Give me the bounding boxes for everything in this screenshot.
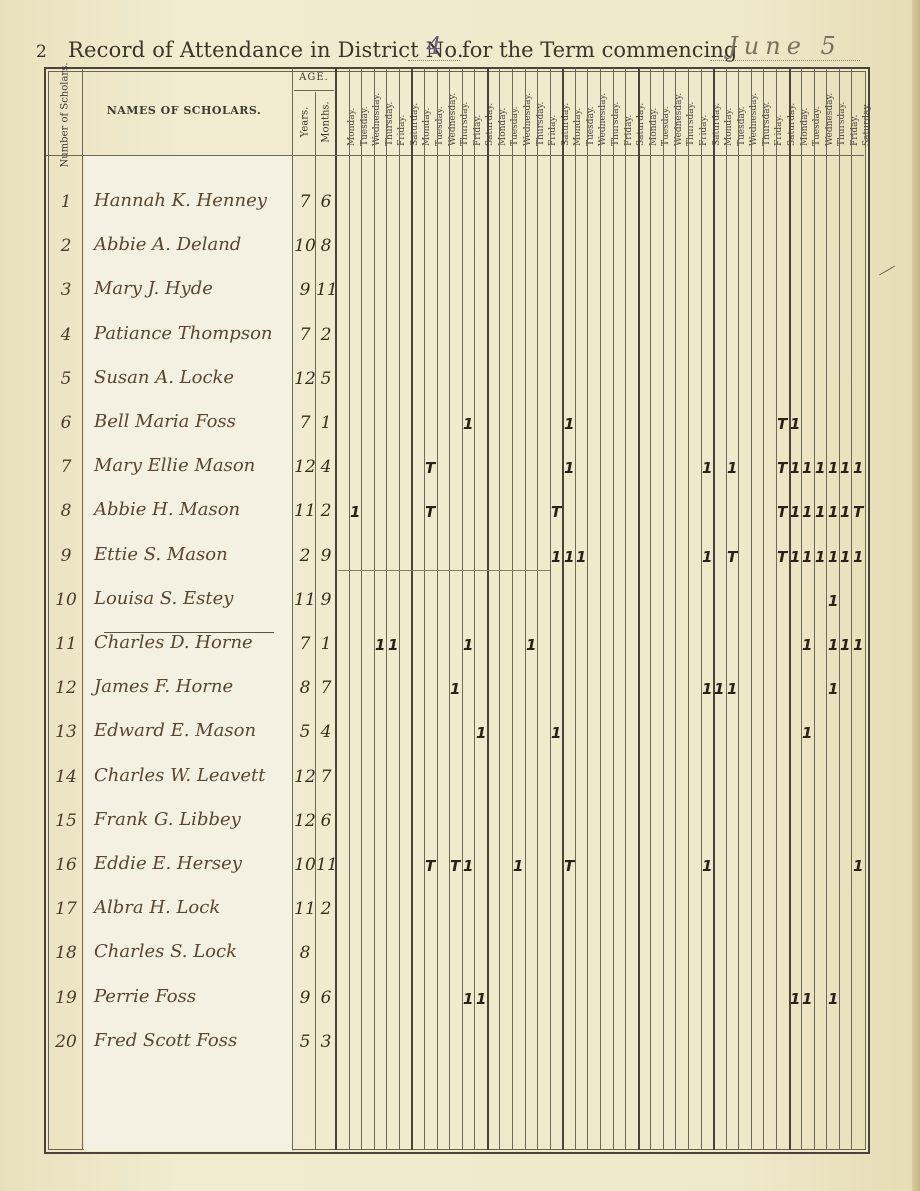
scholar-number: 19 [52, 988, 80, 1008]
day-column-divider [562, 68, 564, 1150]
attendance-mark: 1 [564, 548, 574, 566]
attendance-mark: 1 [790, 990, 800, 1008]
day-column-divider [424, 68, 425, 1150]
attendance-mark: 1 [815, 548, 825, 566]
age-years: 12 [294, 457, 316, 477]
attendance-mark: 1 [375, 636, 385, 654]
age-header: AGE. [294, 72, 334, 83]
day-column-divider [600, 68, 601, 1150]
age-months: 8 [316, 236, 336, 256]
attendance-mark: T [853, 503, 863, 521]
day-column-divider [437, 68, 438, 1150]
age-months: 4 [316, 457, 336, 477]
attendance-mark: 1 [727, 459, 737, 477]
scholar-name: Charles D. Horne [94, 632, 290, 653]
day-column-divider [751, 68, 752, 1150]
margin-tick [879, 266, 895, 276]
age-months: 5 [316, 369, 336, 389]
day-header: Monday. [713, 72, 726, 152]
day-header: Wednesday. [361, 72, 374, 152]
attendance-mark: 1 [815, 503, 825, 521]
day-column-divider [449, 68, 450, 1150]
day-header: Monday. [562, 72, 575, 152]
day-column-divider [650, 68, 651, 1150]
attendance-mark: 1 [815, 459, 825, 477]
age-months: 11 [316, 280, 336, 300]
age-years: 11 [294, 899, 316, 919]
scholar-name: Hannah K. Henney [94, 190, 290, 211]
scholar-name: James F. Horne [94, 676, 290, 697]
attendance-mark: 1 [551, 724, 561, 742]
attendance-mark: 1 [840, 636, 850, 654]
age-years: 5 [294, 1032, 316, 1052]
scholar-name: Edward E. Mason [94, 720, 290, 741]
attendance-mark: 1 [802, 548, 812, 566]
scholar-name: Abbie A. Deland [94, 234, 290, 255]
age-divider [294, 90, 334, 91]
age-years: 8 [294, 943, 316, 963]
attendance-mark: 1 [828, 459, 838, 477]
age-months: 7 [316, 678, 336, 698]
day-column-divider [462, 68, 463, 1150]
scholar-number: 7 [52, 457, 80, 477]
age-years: 5 [294, 722, 316, 742]
attendance-mark: T [777, 459, 787, 477]
scholar-name: Fred Scott Foss [94, 1030, 290, 1051]
attendance-mark: T [727, 548, 737, 566]
day-column-divider [763, 68, 764, 1150]
day-column-divider [499, 68, 500, 1150]
attendance-mark: 1 [802, 503, 812, 521]
attendance-mark: 1 [802, 990, 812, 1008]
day-column-divider [512, 68, 513, 1150]
scholar-number: 18 [52, 943, 80, 963]
scholar-name: Eddie E. Hersey [94, 853, 290, 874]
scholar-name: Mary Ellie Mason [94, 455, 290, 476]
day-header: Thursday. [600, 72, 613, 152]
day-header: Saturday. [625, 72, 638, 152]
scholar-number: 6 [52, 413, 80, 433]
age-months: 7 [316, 767, 336, 787]
scholar-number: 8 [52, 501, 80, 521]
day-header: Monday. [336, 72, 349, 152]
attendance-mark: T [450, 857, 460, 875]
scholar-number: 9 [52, 546, 80, 566]
attendance-mark: 1 [802, 636, 812, 654]
attendance-mark: T [425, 503, 435, 521]
day-header: Saturday. [474, 72, 487, 152]
day-column-divider [487, 68, 489, 1150]
attendance-mark: 1 [802, 459, 812, 477]
day-header: Wednesday. [512, 72, 525, 152]
scholar-name: Charles S. Lock [94, 941, 290, 962]
page-edge [912, 0, 920, 1191]
age-years: 12 [294, 369, 316, 389]
scholar-number: 2 [52, 236, 80, 256]
day-column-divider [814, 68, 815, 1150]
attendance-mark: 1 [828, 592, 838, 610]
attendance-mark: 1 [853, 857, 863, 875]
day-header: Thursday. [449, 72, 462, 152]
scholar-name: Abbie H. Mason [94, 499, 290, 520]
attendance-mark: 1 [450, 680, 460, 698]
attendance-mark: T [425, 459, 435, 477]
day-column-divider [525, 68, 526, 1150]
attendance-mark: 1 [702, 857, 712, 875]
age-months: 1 [316, 413, 336, 433]
age-years: 10 [294, 855, 316, 875]
attendance-mark: T [777, 415, 787, 433]
day-column-divider [411, 68, 413, 1150]
day-column-divider [688, 68, 689, 1150]
attendance-mark: 1 [702, 548, 712, 566]
attendance-mark: 1 [463, 415, 473, 433]
age-months: 4 [316, 722, 336, 742]
day-header: Tuesday. [499, 72, 512, 152]
title-suffix: for the Term commencing [462, 38, 737, 62]
scholar-name: Bell Maria Foss [94, 411, 290, 432]
day-column-divider [701, 68, 702, 1150]
age-years: 7 [294, 192, 316, 212]
age-years: 7 [294, 413, 316, 433]
scholar-number: 13 [52, 722, 80, 742]
age-months: 9 [316, 590, 336, 610]
age-months: 2 [316, 325, 336, 345]
age-months: 6 [316, 811, 336, 831]
day-header: Friday. [537, 72, 550, 152]
day-header: Tuesday. [424, 72, 437, 152]
day-header: Monday. [411, 72, 424, 152]
age-years: 7 [294, 325, 316, 345]
scholar-number: 16 [52, 855, 80, 875]
day-column-divider [361, 68, 362, 1150]
attendance-mark: 1 [714, 680, 724, 698]
day-column-divider [789, 68, 791, 1150]
day-column-divider [349, 68, 350, 1150]
age-years: 12 [294, 811, 316, 831]
number-of-scholars-header: Number of Scholars. [50, 75, 80, 155]
day-column-divider [587, 68, 588, 1150]
day-header: Saturday. [776, 72, 789, 152]
day-column-divider [613, 68, 614, 1150]
attendance-mark: 1 [476, 724, 486, 742]
attendance-mark: 1 [727, 680, 737, 698]
scholar-number: 4 [52, 325, 80, 345]
attendance-mark: T [777, 548, 787, 566]
day-header: Wednesday. [587, 72, 600, 152]
attendance-mark: 1 [388, 636, 398, 654]
name-underline [104, 632, 274, 633]
attendance-mark: 1 [576, 548, 586, 566]
age-months: 11 [316, 855, 336, 875]
attendance-mark: 1 [790, 459, 800, 477]
scholar-name: Patiance Thompson [94, 323, 290, 344]
scholar-number: 14 [52, 767, 80, 787]
age-months: 9 [316, 546, 336, 566]
age-years: 11 [294, 501, 316, 521]
scholar-name: Louisa S. Estey [94, 588, 290, 609]
attendance-mark: 1 [840, 503, 850, 521]
day-column-divider [625, 68, 626, 1150]
attendance-mark: 1 [551, 548, 561, 566]
scholar-number: 5 [52, 369, 80, 389]
attendance-mark: 1 [790, 503, 800, 521]
age-months: 6 [316, 988, 336, 1008]
age-years: 8 [294, 678, 316, 698]
age-months: 6 [316, 192, 336, 212]
day-column-divider [801, 68, 802, 1150]
attendance-mark: T [551, 503, 561, 521]
day-column-divider [550, 68, 551, 1150]
day-header: Thursday. [826, 72, 839, 152]
day-header: Tuesday. [650, 72, 663, 152]
attendance-mark: 1 [463, 990, 473, 1008]
months-header: Months. [316, 92, 336, 152]
age-years: 2 [294, 546, 316, 566]
day-header: Friday. [688, 72, 701, 152]
column-divider [82, 68, 83, 1150]
page-number: 2 [36, 42, 47, 62]
attendance-mark: 1 [828, 990, 838, 1008]
age-years: 9 [294, 280, 316, 300]
district-number-field: 4 [408, 32, 460, 61]
attendance-mark: 1 [513, 857, 523, 875]
scholar-number: 12 [52, 678, 80, 698]
day-header: Wednesday. [738, 72, 751, 152]
attendance-mark: T [564, 857, 574, 875]
day-header: Thursday. [675, 72, 688, 152]
attendance-mark: 1 [564, 459, 574, 477]
scholar-name: Frank G. Libbey [94, 809, 290, 830]
attendance-mark: 1 [463, 636, 473, 654]
scholar-number: 20 [52, 1032, 80, 1052]
day-column-divider [851, 68, 852, 1150]
day-column-divider [726, 68, 727, 1150]
scholar-name: Susan A. Locke [94, 367, 290, 388]
day-column-divider [663, 68, 664, 1150]
attendance-mark: 1 [853, 459, 863, 477]
attendance-mark: 1 [702, 680, 712, 698]
attendance-mark: 1 [853, 548, 863, 566]
age-years: 11 [294, 590, 316, 610]
attendance-mark: 1 [463, 857, 473, 875]
title-prefix: Record of Attendance in District No. [68, 38, 464, 62]
attendance-mark: 1 [790, 548, 800, 566]
attendance-mark: 1 [476, 990, 486, 1008]
term-start-field: June 5 [710, 32, 860, 61]
attendance-mark: 1 [350, 503, 360, 521]
attendance-mark: 1 [828, 503, 838, 521]
attendance-mark: 1 [790, 415, 800, 433]
day-column-divider [776, 68, 777, 1150]
day-column-divider [374, 68, 375, 1150]
age-months: 1 [316, 634, 336, 654]
attendance-mark: 1 [840, 459, 850, 477]
age-years: 7 [294, 634, 316, 654]
attendance-mark: 1 [828, 548, 838, 566]
age-years: 10 [294, 236, 316, 256]
day-column-divider [675, 68, 676, 1150]
scholar-name: Albra H. Lock [94, 897, 290, 918]
day-column-divider [839, 68, 840, 1150]
attendance-mark: 1 [702, 459, 712, 477]
age-months: 2 [316, 899, 336, 919]
scholar-name: Charles W. Leavett [94, 765, 290, 786]
day-column-divider [399, 68, 400, 1150]
age-months: 3 [316, 1032, 336, 1052]
day-column-divider [575, 68, 576, 1150]
scholar-name: Mary J. Hyde [94, 278, 290, 299]
age-years: 9 [294, 988, 316, 1008]
attendance-mark: 1 [564, 415, 574, 433]
scholar-number: 3 [52, 280, 80, 300]
day-column-divider [826, 68, 827, 1150]
scholar-number: 11 [52, 634, 80, 654]
day-column-divider [386, 68, 387, 1150]
attendance-mark: 1 [828, 636, 838, 654]
day-header: Saturday. [851, 72, 864, 152]
scholar-number: 1 [52, 192, 80, 212]
day-column-divider [474, 68, 475, 1150]
column-divider [292, 68, 293, 1150]
attendance-mark: T [777, 503, 787, 521]
scholar-number: 10 [52, 590, 80, 610]
years-header: Years. [295, 92, 315, 152]
page-header: 2 Record of Attendance in District No. 4… [0, 36, 920, 70]
scholar-name: Ettie S. Mason [94, 544, 290, 565]
day-header: Friday. [763, 72, 776, 152]
day-header: Tuesday. [801, 72, 814, 152]
age-months: 2 [316, 501, 336, 521]
pencil-line [338, 570, 550, 571]
attendance-mark: 1 [853, 636, 863, 654]
age-years: 12 [294, 767, 316, 787]
attendance-mark: 1 [802, 724, 812, 742]
attendance-mark: 1 [840, 548, 850, 566]
attendance-mark: 1 [828, 680, 838, 698]
day-column-divider [537, 68, 538, 1150]
names-of-scholars-header: NAMES OF SCHOLARS. [84, 104, 284, 117]
scholar-name: Perrie Foss [94, 986, 290, 1007]
day-column-divider [713, 68, 715, 1150]
day-header: Friday. [386, 72, 399, 152]
scholar-number: 15 [52, 811, 80, 831]
header-divider [46, 155, 864, 156]
attendance-mark: 1 [526, 636, 536, 654]
attendance-mark: T [425, 857, 435, 875]
scholar-number: 17 [52, 899, 80, 919]
day-column-divider [738, 68, 739, 1150]
day-column-divider [638, 68, 640, 1150]
